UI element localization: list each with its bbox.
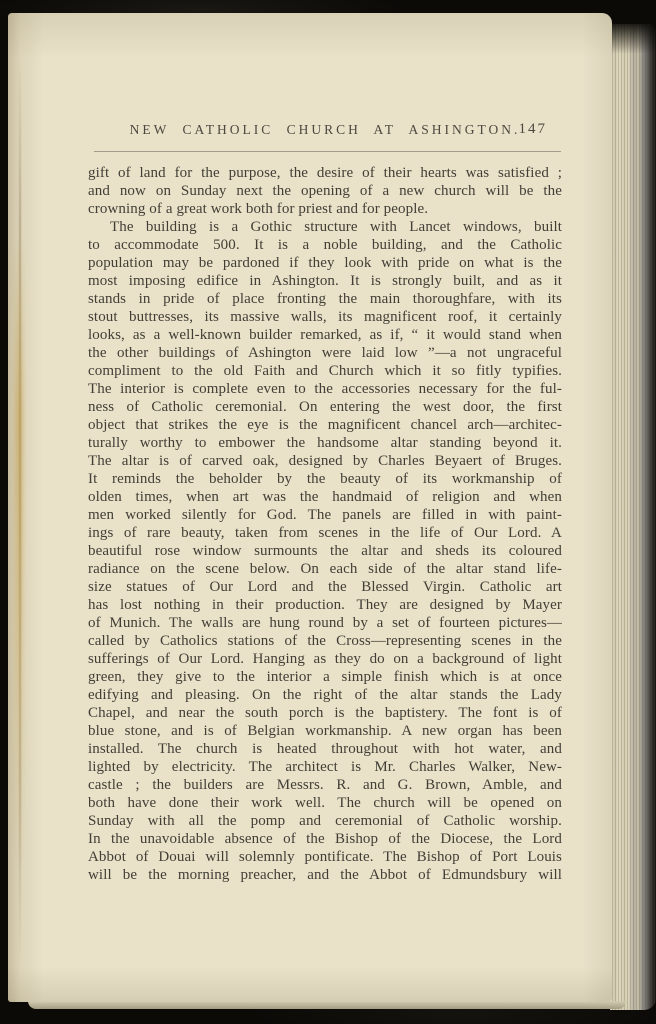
text-line: stands in pride of place fronting the ma… xyxy=(88,290,562,308)
text-line: to accommodate 500. It is a noble buildi… xyxy=(88,236,562,254)
stacked-page-edges xyxy=(610,24,656,1010)
text-line: men worked silently for God. The panels … xyxy=(88,506,562,524)
text-line: sufferings of Our Lord. Hanging as they … xyxy=(88,650,562,668)
text-line: blue stone, and is of Belgian workmanshi… xyxy=(88,722,562,740)
page-body: gift of land for the purpose, the desire… xyxy=(88,164,562,884)
text-line: Chapel, and near the south porch is the … xyxy=(88,704,562,722)
text-line: The interior is complete even to the acc… xyxy=(88,380,562,398)
text-line: lighted by electricity. The architect is… xyxy=(88,758,562,776)
text-line: stout buttresses, its massive walls, its… xyxy=(88,308,562,326)
text-line: The building is a Gothic structure with … xyxy=(88,218,562,236)
text-line: looks, as a well-known builder remarked,… xyxy=(88,326,562,344)
text-line: size statues of Our Lord and the Blessed… xyxy=(88,578,562,596)
text-line: has lost nothing in their production. Th… xyxy=(88,596,562,614)
text-line: castle ; the builders are Messrs. R. and… xyxy=(88,776,562,794)
text-line: edifying and pleasing. On the right of t… xyxy=(88,686,562,704)
under-page-edge xyxy=(28,1001,626,1009)
text-line: and now on Sunday next the opening of a … xyxy=(88,182,562,200)
book-page: NEW CATHOLIC CHURCH AT ASHINGTON. 147 gi… xyxy=(8,13,612,1002)
header-rule xyxy=(94,151,561,152)
text-line: crowning of a great work both for priest… xyxy=(88,200,562,218)
text-line: olden times, when art was the handmaid o… xyxy=(88,488,562,506)
text-line: both have done their work well. The chur… xyxy=(88,794,562,812)
text-line: ness of Catholic ceremonial. On entering… xyxy=(88,398,562,416)
text-line: In the unavoidable absence of the Bishop… xyxy=(88,830,562,848)
binding-stain xyxy=(15,238,23,868)
page-number: 147 xyxy=(519,121,548,138)
page-content: NEW CATHOLIC CHURCH AT ASHINGTON. 147 gi… xyxy=(88,121,562,884)
text-line: will be the morning preacher, and the Ab… xyxy=(88,866,562,884)
text-line: the other buildings of Ashington were la… xyxy=(88,344,562,362)
text-line: population may be pardoned if they look … xyxy=(88,254,562,272)
text-line: of Munich. The walls are hung round by a… xyxy=(88,614,562,632)
text-line: It reminds the beholder by the beauty of… xyxy=(88,470,562,488)
page-edges-shadow xyxy=(610,24,656,54)
text-line: beautiful rose window surmounts the alta… xyxy=(88,542,562,560)
text-line: green, they give to the interior a simpl… xyxy=(88,668,562,686)
text-line: object that strikes the eye is the magni… xyxy=(88,416,562,434)
text-line: compliment to the old Faith and Church w… xyxy=(88,362,562,380)
text-line: most imposing edifice in Ashington. It i… xyxy=(88,272,562,290)
text-line: radiance on the scene below. On each sid… xyxy=(88,560,562,578)
text-line: called by Catholics stations of the Cros… xyxy=(88,632,562,650)
text-line: turally worthy to embower the handsome a… xyxy=(88,434,562,452)
running-head: NEW CATHOLIC CHURCH AT ASHINGTON. 147 xyxy=(88,121,562,143)
text-line: Sunday with all the pomp and ceremonial … xyxy=(88,812,562,830)
text-line: The altar is of carved oak, designed by … xyxy=(88,452,562,470)
running-title: NEW CATHOLIC CHURCH AT ASHINGTON. xyxy=(130,122,521,137)
text-line: installed. The church is heated througho… xyxy=(88,740,562,758)
text-line: gift of land for the purpose, the desire… xyxy=(88,164,562,182)
text-line: ings of rare beauty, taken from scenes i… xyxy=(88,524,562,542)
text-line: Abbot of Douai will solemnly pontificate… xyxy=(88,848,562,866)
